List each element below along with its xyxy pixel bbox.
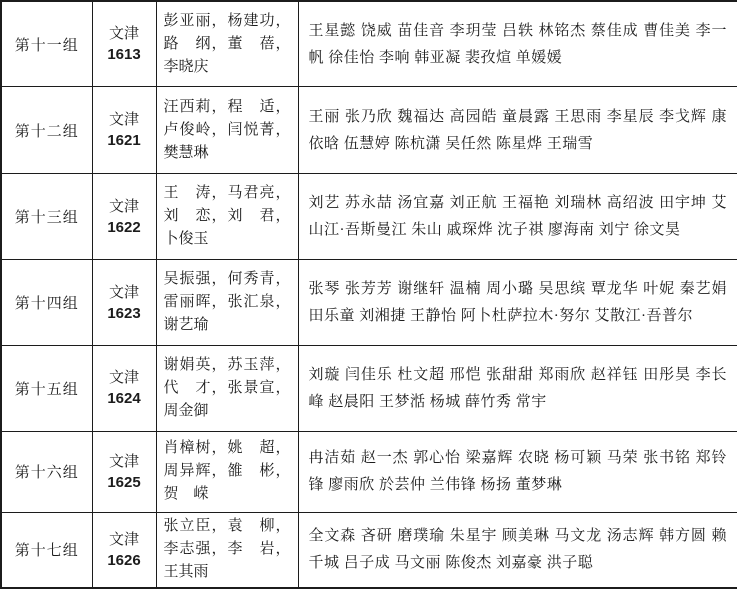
- group-assignment-table: 第十一组 文津 1613 彭亚丽，杨建功，路 纲，董 蓓，李晓庆 王星懿 饶威 …: [0, 0, 737, 589]
- location-name: 文津: [95, 23, 154, 45]
- room-number: 1622: [95, 218, 154, 238]
- location-name: 文津: [95, 529, 154, 551]
- group-name-cell: 第十四组: [1, 260, 92, 346]
- group-name-cell: 第十一组: [1, 1, 92, 87]
- leaders-cell: 谢娟英，苏玉萍，代 才，张景宣，周金御: [156, 346, 298, 432]
- location-cell: 文津 1625: [92, 431, 156, 512]
- members-cell: 刘璇 闫佳乐 杜文超 邢恺 张甜甜 郑雨欣 赵祥钰 田彤昊 李长峰 赵晨阳 王梦…: [298, 346, 737, 432]
- location-cell: 文津 1624: [92, 346, 156, 432]
- room-number: 1623: [95, 304, 154, 324]
- leaders-cell: 肖樟树，姚 超，周异辉，雒 彬，贺 嵘: [156, 431, 298, 512]
- location-name: 文津: [95, 282, 154, 304]
- group-name-cell: 第十七组: [1, 512, 92, 588]
- location-name: 文津: [95, 196, 154, 218]
- room-number: 1625: [95, 473, 154, 493]
- leaders-cell: 吴振强，何秀青，雷丽晖，张汇泉，谢艺瑜: [156, 260, 298, 346]
- table-row: 第十四组 文津 1623 吴振强，何秀青，雷丽晖，张汇泉，谢艺瑜 张琴 张芳芳 …: [1, 260, 737, 346]
- table-row: 第十一组 文津 1613 彭亚丽，杨建功，路 纲，董 蓓，李晓庆 王星懿 饶威 …: [1, 1, 737, 87]
- members-cell: 王丽 张乃欣 魏福达 高园皓 童晨露 王思雨 李星辰 李戈辉 康依晗 伍慧婷 陈…: [298, 87, 737, 174]
- table-row: 第十六组 文津 1625 肖樟树，姚 超，周异辉，雒 彬，贺 嵘 冉洁茹 赵一杰…: [1, 431, 737, 512]
- leaders-cell: 张立臣，袁 柳，李志强，李 岩，王其雨: [156, 512, 298, 588]
- location-cell: 文津 1613: [92, 1, 156, 87]
- room-number: 1626: [95, 551, 154, 571]
- group-name-cell: 第十三组: [1, 174, 92, 260]
- location-name: 文津: [95, 367, 154, 389]
- location-name: 文津: [95, 109, 154, 131]
- members-cell: 刘艺 苏永喆 汤宜嘉 刘正航 王福艳 刘瑞林 高绍波 田宇坤 艾山江·吾斯曼江 …: [298, 174, 737, 260]
- members-cell: 全文森 吝研 磨璞瑜 朱星宇 顾美琳 马文龙 汤志辉 韩方圆 赖千城 吕子成 马…: [298, 512, 737, 588]
- location-name: 文津: [95, 451, 154, 473]
- table-row: 第十五组 文津 1624 谢娟英，苏玉萍，代 才，张景宣，周金御 刘璇 闫佳乐 …: [1, 346, 737, 432]
- room-number: 1624: [95, 389, 154, 409]
- room-number: 1621: [95, 131, 154, 151]
- group-name-cell: 第十六组: [1, 431, 92, 512]
- table-row: 第十二组 文津 1621 汪西莉，程 适，卢俊岭，闫悦菁，樊慧琳 王丽 张乃欣 …: [1, 87, 737, 174]
- location-cell: 文津 1626: [92, 512, 156, 588]
- table-row: 第十七组 文津 1626 张立臣，袁 柳，李志强，李 岩，王其雨 全文森 吝研 …: [1, 512, 737, 588]
- location-cell: 文津 1621: [92, 87, 156, 174]
- members-cell: 王星懿 饶威 苗佳音 李玥莹 吕轶 林铭杰 蔡佳成 曹佳美 李一帆 徐佳怡 李响…: [298, 1, 737, 87]
- leaders-cell: 汪西莉，程 适，卢俊岭，闫悦菁，樊慧琳: [156, 87, 298, 174]
- group-name-cell: 第十二组: [1, 87, 92, 174]
- leaders-cell: 王 涛，马君亮，刘 恋，刘 君，卜俊玉: [156, 174, 298, 260]
- members-cell: 冉洁茹 赵一杰 郭心怡 梁嘉辉 农晓 杨可颖 马荣 张书铭 郑铃锋 廖雨欣 於芸…: [298, 431, 737, 512]
- leaders-cell: 彭亚丽，杨建功，路 纲，董 蓓，李晓庆: [156, 1, 298, 87]
- location-cell: 文津 1622: [92, 174, 156, 260]
- table-row: 第十三组 文津 1622 王 涛，马君亮，刘 恋，刘 君，卜俊玉 刘艺 苏永喆 …: [1, 174, 737, 260]
- location-cell: 文津 1623: [92, 260, 156, 346]
- members-cell: 张琴 张芳芳 谢继轩 温楠 周小璐 吴思缤 覃龙华 叶妮 秦艺娟 田乐童 刘湘捷…: [298, 260, 737, 346]
- room-number: 1613: [95, 45, 154, 65]
- group-name-cell: 第十五组: [1, 346, 92, 432]
